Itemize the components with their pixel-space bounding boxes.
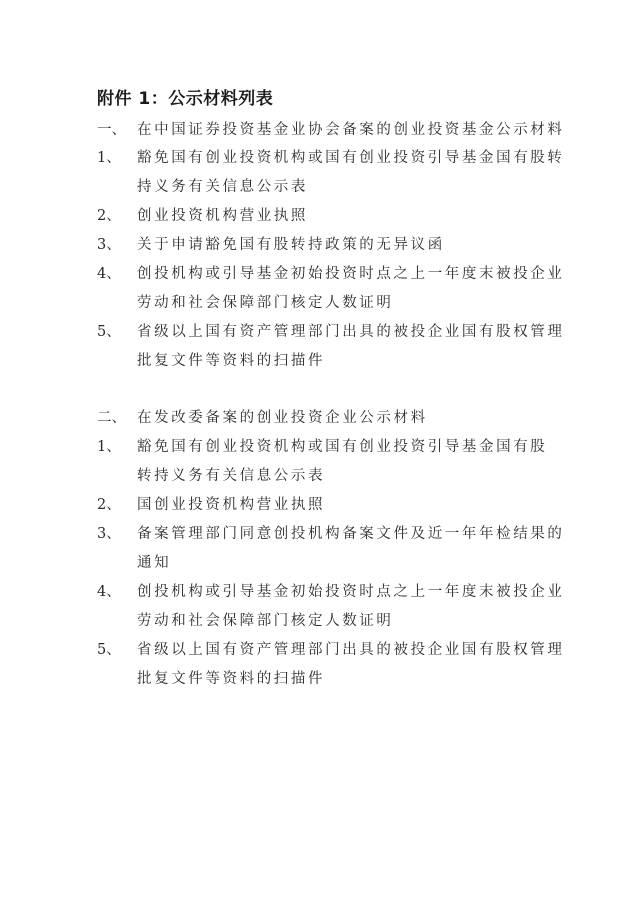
section-title: 在发改委备案的创业投资企业公示材料 xyxy=(137,407,428,429)
item-text: 创业投资机构营业执照 xyxy=(137,205,308,227)
item-number: 2、 xyxy=(97,205,135,227)
item-number: 1、 xyxy=(97,147,135,169)
section-title: 在中国证券投资基金业协会备案的创业投资基金公示材料 xyxy=(137,119,565,141)
item-text: 豁免国有创业投资机构或国有创业投资引导基金国有股 xyxy=(137,436,547,458)
item-number: 4、 xyxy=(97,581,135,603)
item-number: 3、 xyxy=(97,523,135,545)
item-text: 豁免国有创业投资机构或国有创业投资引导基金国有股转 xyxy=(137,147,565,169)
item-number: 3、 xyxy=(97,234,135,256)
item-text: 关于申请豁免国有股转持政策的无异议函 xyxy=(137,234,445,256)
item-text: 国创业投资机构营业执照 xyxy=(137,494,325,516)
document-page: 附件 1：公示材料列表 一、 在中国证券投资基金业协会备案的创业投资基金公示材料… xyxy=(0,0,640,905)
document-title: 附件 1：公示材料列表 xyxy=(97,84,273,109)
item-number: 2、 xyxy=(97,494,135,516)
item-text: 创投机构或引导基金初始投资时点之上一年度末被投企业 xyxy=(137,581,565,603)
item-text: 省级以上国有资产管理部门出具的被投企业国有股权管理 xyxy=(137,321,565,343)
item-text-continued: 批复文件等资料的扫描件 xyxy=(137,350,325,372)
item-number: 1、 xyxy=(97,436,135,458)
section-marker: 一、 xyxy=(97,119,135,141)
item-number: 4、 xyxy=(97,263,135,285)
item-text-continued: 劳动和社会保障部门核定人数证明 xyxy=(137,610,394,632)
item-text-continued: 持义务有关信息公示表 xyxy=(137,176,308,198)
section-marker: 二、 xyxy=(97,407,135,429)
item-text-continued: 劳动和社会保障部门核定人数证明 xyxy=(137,292,394,314)
item-text-continued: 转持义务有关信息公示表 xyxy=(137,465,325,487)
item-number: 5、 xyxy=(97,321,135,343)
item-text: 省级以上国有资产管理部门出具的被投企业国有股权管理 xyxy=(137,639,565,661)
item-text: 创投机构或引导基金初始投资时点之上一年度末被投企业 xyxy=(137,263,565,285)
item-text-continued: 通知 xyxy=(137,552,171,574)
item-number: 5、 xyxy=(97,639,135,661)
item-text-continued: 批复文件等资料的扫描件 xyxy=(137,668,325,690)
item-text: 备案管理部门同意创投机构备案文件及近一年年检结果的 xyxy=(137,523,565,545)
